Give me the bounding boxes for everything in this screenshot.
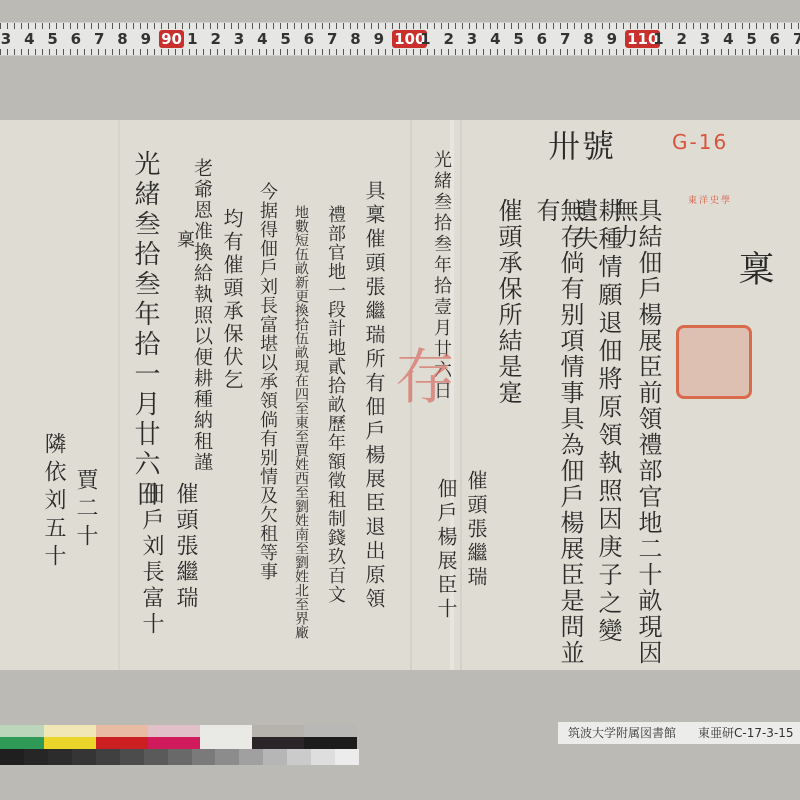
ruler-number: 6 <box>765 30 785 48</box>
signature-tenant-liu: 佃戶刘長富十 <box>140 482 162 638</box>
text-column-r3: 無存倘有别項情事具為佃戶楊展臣是問並有 <box>534 198 582 670</box>
gray-swatch <box>168 749 192 765</box>
ruler-number: 7 <box>322 30 342 48</box>
signature-tenant-yang: 佃戶楊展臣十 <box>436 478 456 622</box>
gray-swatch <box>311 749 335 765</box>
ruler-number: 2 <box>206 30 226 48</box>
ruler-number: 8 <box>113 30 133 48</box>
ruler-number: 5 <box>509 30 529 48</box>
color-swatch <box>148 737 200 749</box>
ruler-number: 3 <box>229 30 249 48</box>
library-name-label: 筑波大学附属図書館 <box>558 722 692 744</box>
text-column-l7: 稟 <box>175 230 193 250</box>
signature-cuitou-middle: 催頭張繼瑞 <box>466 470 486 590</box>
ruler-ticks-top <box>0 23 800 29</box>
text-column-l5: 均有催頭承保伏乞 <box>222 208 242 392</box>
ruler-number: 5 <box>742 30 762 48</box>
color-swatch <box>200 737 252 749</box>
color-swatch <box>148 725 200 737</box>
ruler-number: 3 <box>462 30 482 48</box>
signature-cuitou-left: 催頭張繼瑞 <box>174 482 196 612</box>
ruler-number: 4 <box>485 30 505 48</box>
color-calibration-chart <box>0 725 359 767</box>
document-number: 卅號 <box>548 130 616 162</box>
red-seal-stamp <box>676 325 752 399</box>
ruler-number: 2 <box>439 30 459 48</box>
ruler-number: 8 <box>346 30 366 48</box>
gray-swatch <box>96 749 120 765</box>
ruler-number: 3 <box>0 30 16 48</box>
color-swatch <box>252 725 304 737</box>
library-stamp-small: 東洋史學 <box>688 197 732 206</box>
gray-swatch <box>215 749 239 765</box>
ruler-number: 5 <box>276 30 296 48</box>
ruler-number: 3 <box>695 30 715 48</box>
color-swatch <box>44 725 96 737</box>
color-swatch <box>96 737 148 749</box>
catalog-number-label: 東亜研C-17-3-15 [具結 <box>688 722 800 744</box>
gray-swatch <box>192 749 216 765</box>
text-column-l4: 今据得佃戶刘長富堪以承領倘有别情及欠租等事 <box>258 182 276 581</box>
date-left: 光緒叁拾叁年拾一月廿六日 <box>132 150 158 510</box>
ruler-number: 7 <box>555 30 575 48</box>
ruler-number: 7 <box>89 30 109 48</box>
ruler-number: 8 <box>579 30 599 48</box>
color-swatch <box>0 737 44 749</box>
ruler-number: 5 <box>43 30 63 48</box>
color-swatch <box>0 725 44 737</box>
gray-swatch <box>144 749 168 765</box>
ruler-number: 2 <box>672 30 692 48</box>
ruler-number: 6 <box>532 30 552 48</box>
gray-swatch <box>335 749 359 765</box>
text-column-l2: 禮部官地一段計地貳拾畝歷年額徵租制錢玖百文 <box>326 205 344 604</box>
gray-swatch <box>263 749 287 765</box>
text-column-r4: 催頭承保所結是寔 <box>496 198 520 406</box>
measuring-ruler: 3456789901234567891001234567891101234567 <box>0 22 800 56</box>
ruler-number: 6 <box>299 30 319 48</box>
neighbor-note-liu: 隣依刘五十 <box>42 432 64 572</box>
gray-swatch <box>120 749 144 765</box>
color-chart-grayscale-row <box>0 749 359 765</box>
gray-swatch <box>72 749 96 765</box>
ruler-number: 6 <box>66 30 86 48</box>
ruler-number: 1 <box>648 30 668 48</box>
historical-document: G-16 東洋史學 卅號 稟 具結佃戶楊展臣前領禮部官地二十畝現因無力 耕種情願… <box>0 120 800 670</box>
ruler-ticks-bottom <box>0 49 800 55</box>
text-column-l6: 老爺恩准換給執照以便耕種納租謹 <box>192 158 211 473</box>
gray-swatch <box>239 749 263 765</box>
ruler-number: 9 <box>136 30 156 48</box>
color-chart-pastel-row <box>0 725 359 737</box>
ruler-number: 4 <box>19 30 39 48</box>
color-swatch <box>96 725 148 737</box>
color-swatch <box>200 725 252 737</box>
neighbor-note-jia: 賈二十 <box>74 468 96 552</box>
ruler-number: 7 <box>788 30 800 48</box>
ruler-number: 1 <box>182 30 202 48</box>
color-swatch <box>252 737 304 749</box>
red-cursive-mark: 存 <box>395 330 455 416</box>
color-chart-saturated-row <box>0 737 359 749</box>
color-swatch <box>44 737 96 749</box>
gray-swatch <box>287 749 311 765</box>
catalog-mark-g16: G-16 <box>672 132 728 152</box>
gray-swatch <box>0 749 24 765</box>
gray-swatch <box>48 749 72 765</box>
ruler-number: 1 <box>415 30 435 48</box>
ruler-number: 90 <box>159 30 184 48</box>
ruler-number: 9 <box>602 30 622 48</box>
color-swatch <box>304 725 357 737</box>
ruler-number: 4 <box>718 30 738 48</box>
text-column-l3: 地數短伍畝新更換拾伍畝現在四至東至賈姓西至劉姓南至劉姓北至界廠 <box>294 205 308 639</box>
text-column-l1: 具稟催頭張繼瑞所有佃戶楊展臣退出原領 <box>364 180 384 612</box>
petition-heading: 稟 <box>735 250 771 288</box>
color-swatch <box>304 737 357 749</box>
ruler-number: 9 <box>369 30 389 48</box>
gray-swatch <box>24 749 48 765</box>
ruler-number: 4 <box>252 30 272 48</box>
